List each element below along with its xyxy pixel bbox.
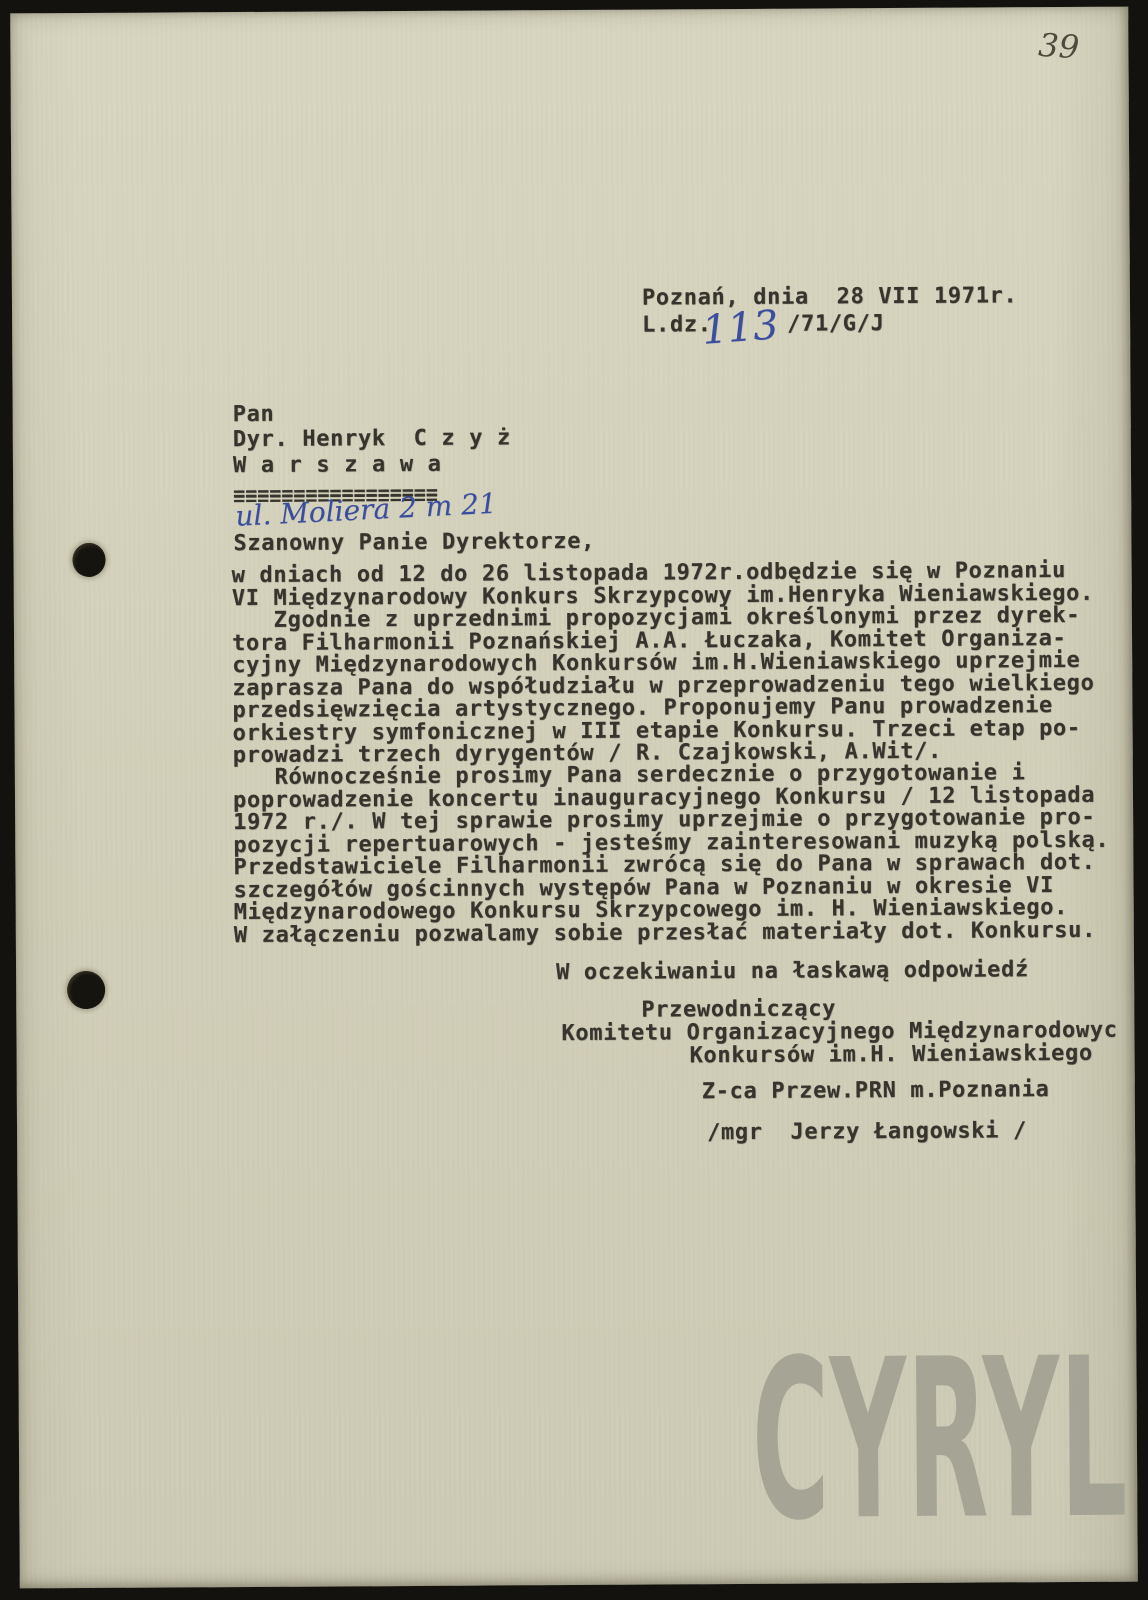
punch-hole-bottom <box>65 969 107 1011</box>
city-date-line: Poznań, dnia 28 VII 1971r. <box>642 285 1018 310</box>
recipient-line-pan: Pan <box>233 404 275 427</box>
salutation-line: Szanowny Panie Dyrektorze, <box>233 531 595 556</box>
closing-title-competition: Konkursów im.H. Wieniawskiego <box>690 1043 1093 1068</box>
closing-title-chairman: Przewodniczący <box>641 998 836 1022</box>
ref-suffix: /71/G/J <box>787 313 884 336</box>
recipient-line-name: Dyr. Henryk C z y ż <box>233 427 511 451</box>
closing-signature: /mgr Jerzy Łangowski / <box>707 1120 1027 1144</box>
letter-page: 39 Poznań, dnia 28 VII 1971r. L.dz. 113 … <box>10 7 1138 1589</box>
body-paragraph-3: Równocześnie prosimy Pana serdecznie o p… <box>233 762 1119 947</box>
scan-background: { "annotations": { "page_number": "39" }… <box>0 0 1148 1600</box>
body-paragraph-2: Zgodnie z uprzednimi propozycjami określ… <box>232 605 1118 768</box>
cyryl-watermark: CYRYL <box>751 1329 1128 1551</box>
ref-number-handwritten: 113 <box>701 302 781 354</box>
recipient-line-city: W a r s z a w a <box>233 454 442 478</box>
page-number-annotation: 39 <box>1037 26 1080 67</box>
closing-deputy-line: Z-ca Przew.PRN m.Poznania <box>702 1079 1050 1104</box>
punch-hole-top <box>70 541 107 579</box>
closing-await-line: W oczekiwaniu na łaskawą odpowiedź <box>556 959 1029 984</box>
